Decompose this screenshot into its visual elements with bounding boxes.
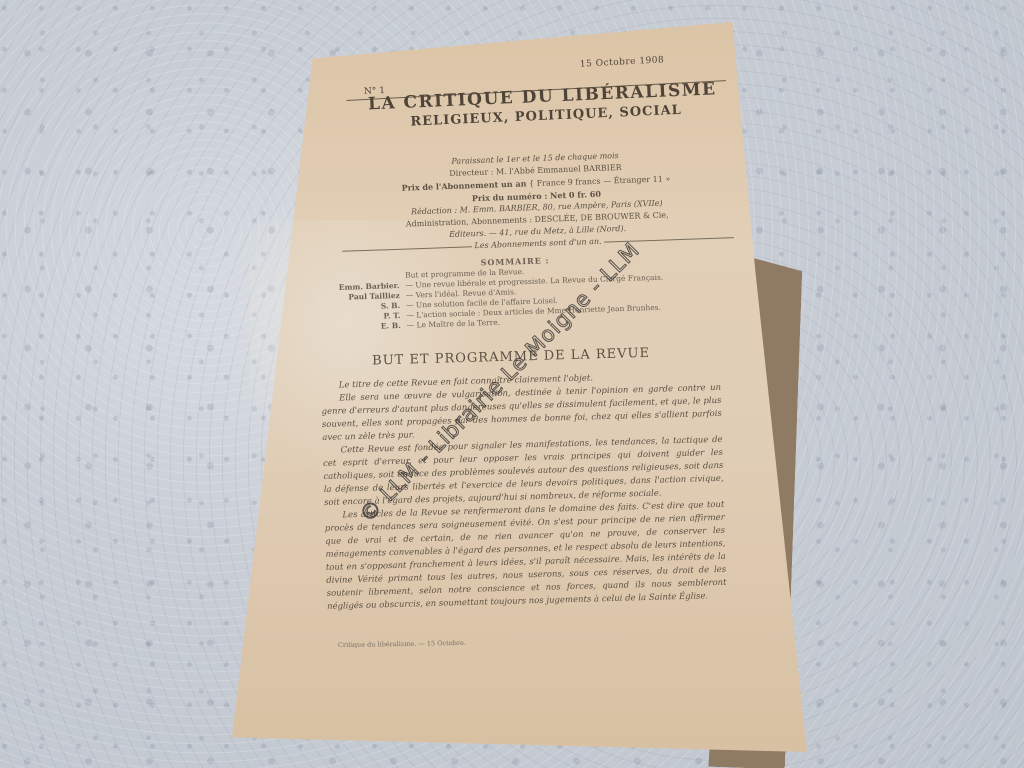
subscriptions-note: Les Abonnements sont d'un an.	[474, 237, 601, 250]
subscription-prices: France 9 francs — Étranger 11 »	[536, 174, 670, 188]
divider	[342, 246, 472, 252]
program-section: BUT ET PROGRAMME DE LA REVUE Le titre de…	[320, 344, 727, 614]
program-paragraph: Les articles de la Revue se renfermeront…	[324, 499, 727, 614]
publication-info: Paraissant le 1er et le 15 de chaque moi…	[335, 146, 738, 257]
table-of-contents: SOMMAIRE : But et programme de la Revue.…	[335, 251, 697, 333]
